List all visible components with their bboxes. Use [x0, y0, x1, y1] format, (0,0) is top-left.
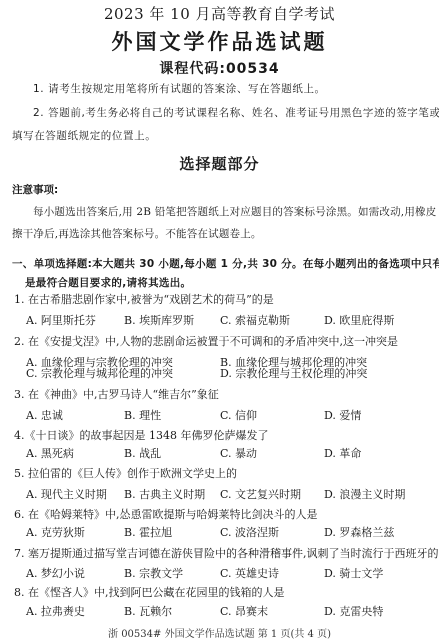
part-one-instruction-cont: 是最符合题目要求的,请将其选出。	[25, 275, 191, 290]
question-6-stem: 6. 在《哈姆莱特》中,怂恿雷欧提斯与哈姆莱特比剑决斗的人是	[14, 506, 318, 522]
question-7-option-a: A. 梦幻小说	[26, 565, 85, 581]
question-5-option-a: A. 现代主义时期	[26, 486, 107, 502]
instruction-1: 1. 请考生按规定用笔将所有试题的答案涂、写在答题纸上。	[33, 81, 326, 96]
question-8-option-b: B. 瓦赖尔	[124, 603, 172, 619]
question-6-option-a: A. 克劳狄斯	[26, 524, 85, 540]
question-3-option-c: C. 信仰	[220, 407, 257, 423]
question-1-option-b: B. 埃斯库罗斯	[124, 312, 194, 328]
notice-line-1: 每小题选出答案后,用 2B 铅笔把答题纸上对应题目的答案标号涂黑。如需改动,用橡…	[33, 204, 436, 219]
notice-heading: 注意事项:	[12, 182, 58, 197]
section-title: 选择题部分	[0, 153, 439, 174]
question-5-option-d: D. 浪漫主义时期	[324, 486, 405, 502]
question-7-stem: 7. 塞万提斯通过描写堂吉诃德在游侠冒险中的各种滑稽事件,讽刺了当时流行于西班牙…	[14, 545, 439, 561]
page-footer: 浙 00534# 外国文学作品选试题 第 1 页(共 4 页)	[0, 625, 439, 640]
question-7-option-b: B. 宗教文学	[124, 565, 183, 581]
notice-line-2: 擦干净后,再选涂其他答案标号。不能答在试题卷上。	[12, 226, 262, 241]
question-7-option-d: D. 骑士文学	[324, 565, 383, 581]
question-4-option-d: D. 革命	[324, 445, 361, 461]
question-1-option-a: A. 阿里斯托芬	[26, 312, 96, 328]
question-5-option-c: C. 文艺复兴时期	[220, 486, 301, 502]
question-3-stem: 3. 在《神曲》中,古罗马诗人“维吉尔”象征	[14, 386, 219, 402]
question-8-option-d: D. 克雷央特	[324, 603, 383, 619]
question-4-option-b: B. 战乱	[124, 445, 161, 461]
question-7-option-c: C. 英雄史诗	[220, 565, 279, 581]
exam-session: 2023 年 10 月高等教育自学考试	[0, 3, 439, 24]
question-8-option-a: A. 拉弗赉史	[26, 603, 85, 619]
instruction-2: 2. 答题前,考生务必将自己的考试课程名称、姓名、准考证号用黑色字迹的签字笔或钢…	[33, 105, 439, 120]
instruction-2-cont: 填写在答题纸规定的位置上。	[12, 128, 156, 143]
question-6-option-d: D. 罗森格兰兹	[324, 524, 394, 540]
question-1-option-c: C. 索福克勒斯	[220, 312, 290, 328]
question-5-option-b: B. 古典主义时期	[124, 486, 205, 502]
question-4-option-a: A. 黑死病	[26, 445, 74, 461]
question-2-option-c: C. 宗教伦理与城邦伦理的冲突	[26, 365, 173, 381]
course-code: 课程代码:00534	[0, 58, 439, 78]
question-6-option-c: C. 波洛涅斯	[220, 524, 279, 540]
part-one-instruction: 一、单项选择题:本大题共 30 小题,每小题 1 分,共 30 分。在每小题列出…	[12, 256, 439, 271]
question-3-option-a: A. 忠诚	[26, 407, 63, 423]
question-1-stem: 1. 在古希腊悲剧作家中,被誉为“戏剧艺术的荷马”的是	[14, 291, 274, 307]
question-1-option-d: D. 欧里庇得斯	[324, 312, 394, 328]
question-4-option-c: C. 暴动	[220, 445, 257, 461]
page-title: 外国文学作品选试题	[0, 26, 439, 56]
question-2-option-d: D. 宗教伦理与王权伦理的冲突	[220, 365, 367, 381]
question-6-option-b: B. 霍拉旭	[124, 524, 172, 540]
question-5-stem: 5. 拉伯雷的《巨人传》创作于欧洲文学史上的	[14, 465, 237, 481]
question-8-option-c: C. 昂赛末	[220, 603, 268, 619]
question-3-option-d: D. 爱情	[324, 407, 361, 423]
question-2-stem: 2. 在《安提戈涅》中,人物的悲剧命运被置于不可调和的矛盾冲突中,这一冲突是	[14, 333, 398, 349]
question-3-option-b: B. 理性	[124, 407, 161, 423]
question-8-stem: 8. 在《悭吝人》中,找到阿巴公藏在花园里的钱箱的人是	[14, 584, 285, 600]
question-4-stem: 4.《十日谈》的故事起因是 1348 年佛罗伦萨爆发了	[14, 427, 268, 443]
